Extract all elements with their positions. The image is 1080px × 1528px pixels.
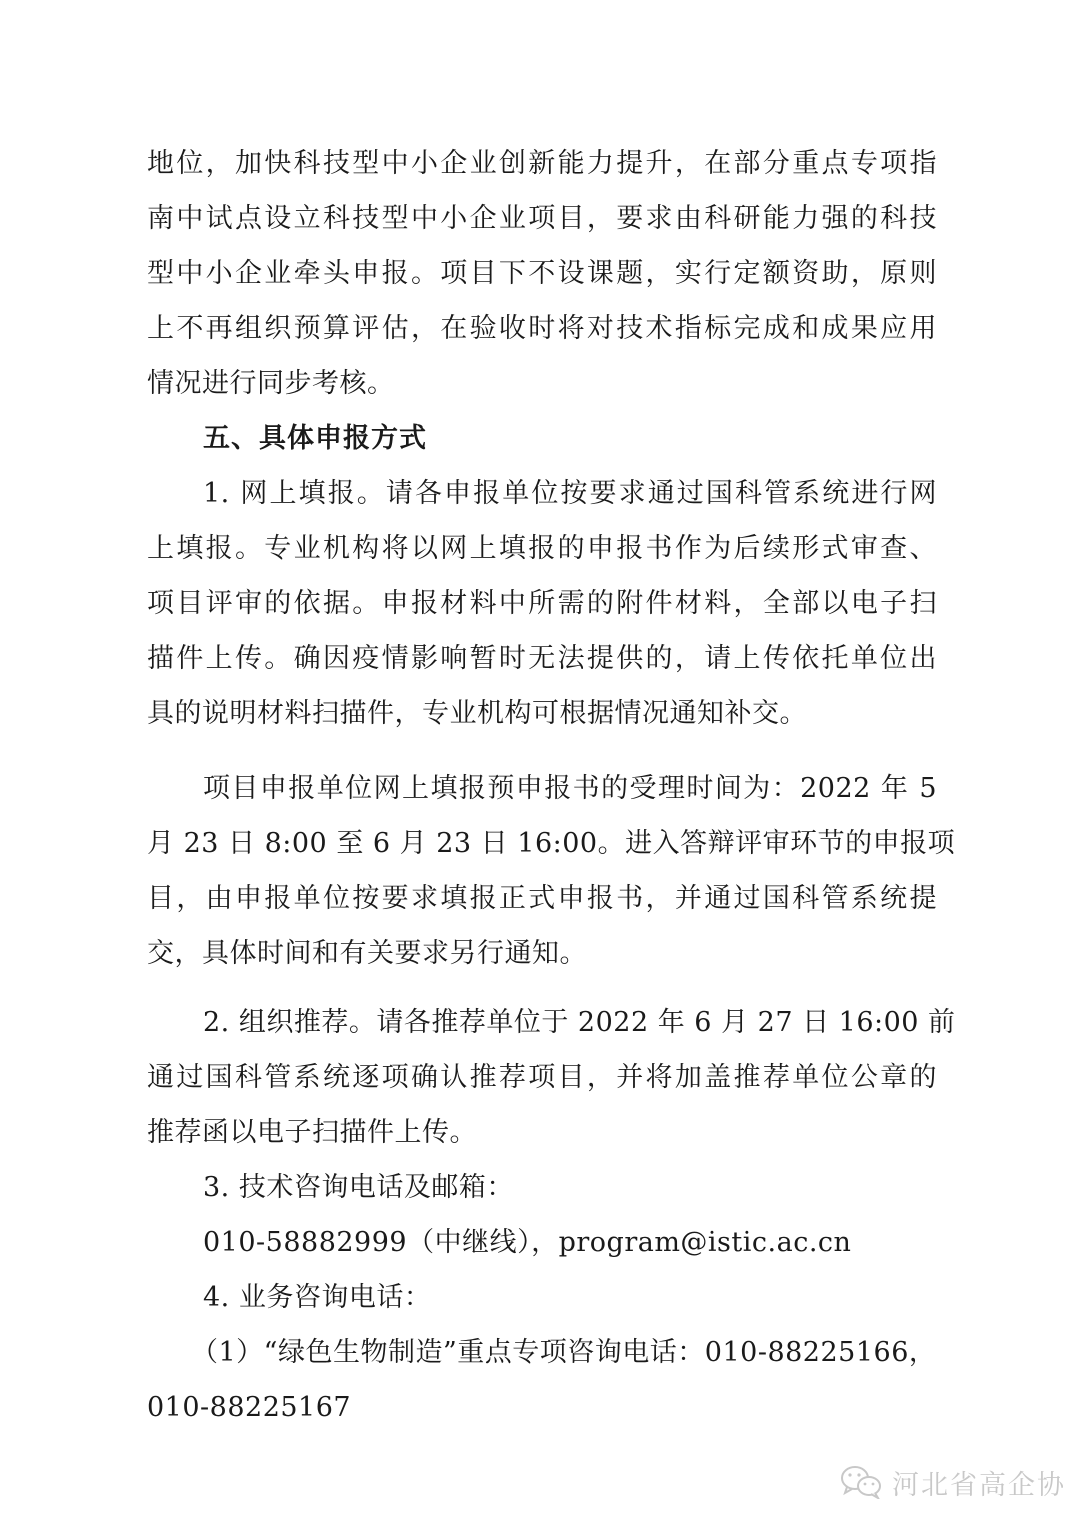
text-line: 具的说明材料扫描件，专业机构可根据情况通知补交。 bbox=[147, 694, 807, 734]
text-line: 交，具体时间和有关要求另行通知。 bbox=[147, 934, 587, 974]
text-line: 南中试点设立科技型中小企业项目，要求由科研能力强的科技 bbox=[147, 199, 937, 239]
watermark-label: 河北省高企协 bbox=[892, 1463, 1066, 1502]
text-line: 010-88225167 bbox=[147, 1388, 351, 1428]
text-line: 推荐函以电子扫描件上传。 bbox=[147, 1113, 477, 1153]
text-line: 2. 组织推荐。请各推荐单位于 2022 年 6 月 27 日 16:00 前 bbox=[203, 1003, 937, 1043]
text-line: 地位，加快科技型中小企业创新能力提升，在部分重点专项指 bbox=[147, 144, 937, 184]
text-line: 项目申报单位网上填报预申报书的受理时间为：2022 年 5 bbox=[203, 769, 937, 809]
text-line: 上不再组织预算评估，在验收时将对技术指标完成和成果应用 bbox=[147, 309, 937, 349]
text-line: 3. 技术咨询电话及邮箱： bbox=[203, 1168, 514, 1208]
text-line: 4. 业务咨询电话： bbox=[203, 1278, 431, 1318]
section-heading: 五、具体申报方式 bbox=[203, 419, 427, 459]
text-line: 项目评审的依据。申报材料中所需的附件材料，全部以电子扫 bbox=[147, 584, 937, 624]
text-line: 上填报。专业机构将以网上填报的申报书作为后续形式审查、 bbox=[147, 529, 937, 569]
text-line: 描件上传。确因疫情影响暂时无法提供的，请上传依托单位出 bbox=[147, 639, 937, 679]
contact-line: 010-58882999（中继线），program@istic.ac.cn bbox=[203, 1223, 851, 1263]
text-line: 通过国科管系统逐项确认推荐项目，并将加盖推荐单位公章的 bbox=[147, 1058, 937, 1098]
text-line: （1）“绿色生物制造”重点专项咨询电话：010-88225166， bbox=[191, 1333, 936, 1373]
text-line: 月 23 日 8:00 至 6 月 23 日 16:00。进入答辩评审环节的申报… bbox=[147, 824, 937, 864]
text-line: 型中小企业牵头申报。项目下不设课题，实行定额资助，原则 bbox=[147, 254, 937, 294]
watermark: 河北省高企协 bbox=[840, 1462, 1066, 1502]
text-line: 情况进行同步考核。 bbox=[147, 364, 395, 404]
text-line: 1. 网上填报。请各申报单位按要求通过国科管系统进行网 bbox=[203, 474, 937, 514]
text-line: 目，由申报单位按要求填报正式申报书，并通过国科管系统提 bbox=[147, 879, 937, 919]
wechat-icon bbox=[840, 1465, 884, 1499]
